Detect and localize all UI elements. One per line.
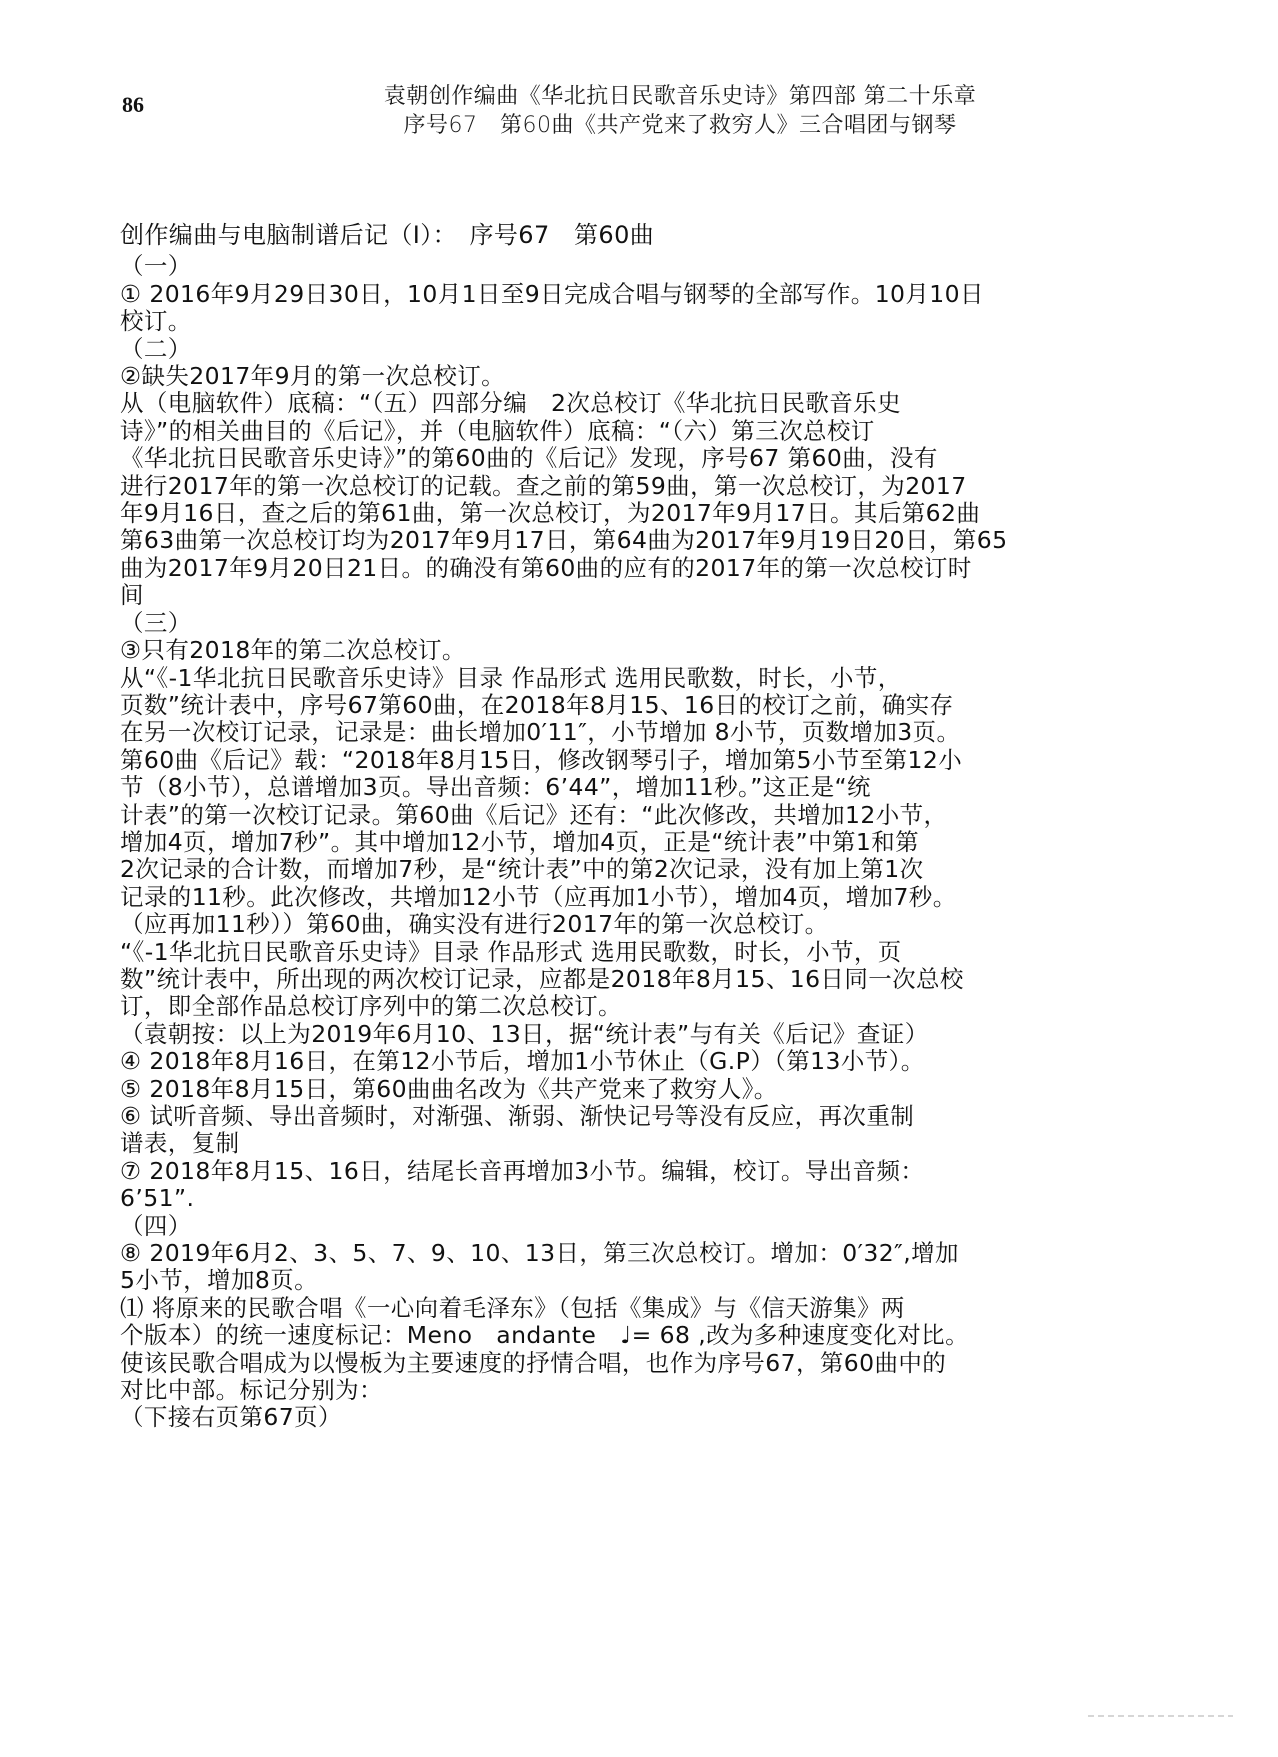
text-line: 节（8小节），总谱增加3页。导出音频：6’44”，增加11秒。”这正是“统: [120, 774, 1120, 801]
text-line: 从（电脑软件）底稿：“（五）四部分编 2次总校订《华北抗日民歌音乐史: [120, 390, 1120, 417]
text-line: 个版本）的统一速度标记：Meno andante ♩= 68 ,改为多种速度变化…: [120, 1322, 1120, 1349]
text-line: ④ 2018年8月16日，在第12小节后，增加1小节休止（G.P）（第13小节）…: [120, 1048, 1120, 1075]
text-line: 谱表，复制: [120, 1130, 1120, 1157]
text-line: ②缺失2017年9月的第一次总校订。: [120, 363, 1120, 390]
text-line: （应再加11秒））第60曲，确实没有进行2017年的第一次总校订。: [120, 911, 1120, 938]
header-line-2: 序号67 第60曲《共产党来了救穷人》三合唱团与钢琴: [330, 111, 1030, 140]
text-line: 增加4页，增加7秒”。其中增加12小节，增加4页，正是“统计表”中第1和第: [120, 829, 1120, 856]
text-line: ⑤ 2018年8月15日，第60曲曲名改为《共产党来了救穷人》。: [120, 1076, 1120, 1103]
text-line: 诗》”的相关曲目的《后记》，并（电脑软件）底稿：“（六）第三次总校订: [120, 418, 1120, 445]
text-line: ① 2016年9月29日30日，10月1日至9日完成合唱与钢琴的全部写作。10月…: [120, 281, 1120, 308]
text-line: 曲为2017年9月20日21日。的确没有第60曲的应有的2017年的第一次总校订…: [120, 555, 1120, 582]
text-line: ③只有2018年的第二次总校订。: [120, 637, 1120, 664]
text-line: 在另一次校订记录，记录是：曲长增加0′11″，小节增加 8小节，页数增加3页。: [120, 719, 1120, 746]
header-line-1: 袁朝创作编曲《华北抗日民歌音乐史诗》第四部 第二十乐章: [330, 82, 1030, 111]
text-line: 5小节，增加8页。: [120, 1267, 1120, 1294]
section-title: 创作编曲与电脑制谱后记（Ⅰ）： 序号67 第60曲: [120, 222, 1120, 249]
text-line: 记录的11秒。此次修改，共增加12小节（应再加1小节），增加4页，增加7秒。: [120, 884, 1120, 911]
running-header: 袁朝创作编曲《华北抗日民歌音乐史诗》第四部 第二十乐章 序号67 第60曲《共产…: [330, 82, 1030, 140]
text-line: （袁朝按：以上为2019年6月10、13日，据“统计表”与有关《后记》查证）: [120, 1021, 1120, 1048]
text-line: 2次记录的合计数，而增加7秒，是“统计表”中的第2次记录，没有加上第1次: [120, 856, 1120, 883]
text-line: 第60曲《后记》载：“2018年8月15日，修改钢琴引子，增加第5小节至第12小: [120, 747, 1120, 774]
text-line: 进行2017年的第一次总校订的记载。查之前的第59曲，第一次总校订，为2017: [120, 473, 1120, 500]
text-line: “《-1华北抗日民歌音乐史诗》目录 作品形式 选用民歌数，时长，小节，页: [120, 939, 1120, 966]
text-line: 校订。: [120, 308, 1120, 335]
page-number: 86: [122, 92, 144, 118]
text-line: 计表”的第一次校订记录。第60曲《后记》还有：“此次修改，共增加12小节，: [120, 802, 1120, 829]
section-heading-1: （一）: [120, 253, 1120, 280]
text-line: ⑧ 2019年6月2、3、5、7、9、10、13日，第三次总校订。增加：0′32…: [120, 1240, 1120, 1267]
text-line: 6’51”.: [120, 1185, 1120, 1212]
text-line: 《华北抗日民歌音乐史诗》”的第60曲的《后记》发现，序号67 第60曲，没有: [120, 445, 1120, 472]
continuation-note: （下接右页第67页）: [120, 1404, 1120, 1431]
text-line: ⑥ 试听音频、导出音频时，对渐强、渐弱、渐快记号等没有反应，再次重制: [120, 1103, 1120, 1130]
text-line: ⑴ 将原来的民歌合唱《一心向着毛泽东》（包括《集成》与《信天游集》两: [120, 1295, 1120, 1322]
text-line: 页数”统计表中，序号67第60曲，在2018年8月15、16日的校订之前，确实存: [120, 692, 1120, 719]
text-line: 第63曲第一次总校订均为2017年9月17日，第64曲为2017年9月19日20…: [120, 527, 1120, 554]
scan-artifact: [1088, 1715, 1233, 1717]
section-heading-4: （四）: [120, 1213, 1120, 1240]
text-line: 间: [120, 582, 1120, 609]
text-line: 年9月16日，查之后的第61曲，第一次总校订，为2017年9月17日。其后第62…: [120, 500, 1120, 527]
body-text: 创作编曲与电脑制谱后记（Ⅰ）： 序号67 第60曲 （一） ① 2016年9月2…: [120, 222, 1120, 1432]
text-line: 对比中部。标记分别为：: [120, 1377, 1120, 1404]
text-line: 订，即全部作品总校订序列中的第二次总校订。: [120, 993, 1120, 1020]
text-line: 数”统计表中，所出现的两次校订记录，应都是2018年8月15、16日同一次总校: [120, 966, 1120, 993]
text-line: ⑦ 2018年8月15、16日，结尾长音再增加3小节。编辑，校订。导出音频：: [120, 1158, 1120, 1185]
section-heading-2: （二）: [120, 336, 1120, 363]
text-line: 从“《-1华北抗日民歌音乐史诗》目录 作品形式 选用民歌数，时长，小节，: [120, 665, 1120, 692]
section-heading-3: （三）: [120, 610, 1120, 637]
text-line: 使该民歌合唱成为以慢板为主要速度的抒情合唱，也作为序号67，第60曲中的: [120, 1350, 1120, 1377]
